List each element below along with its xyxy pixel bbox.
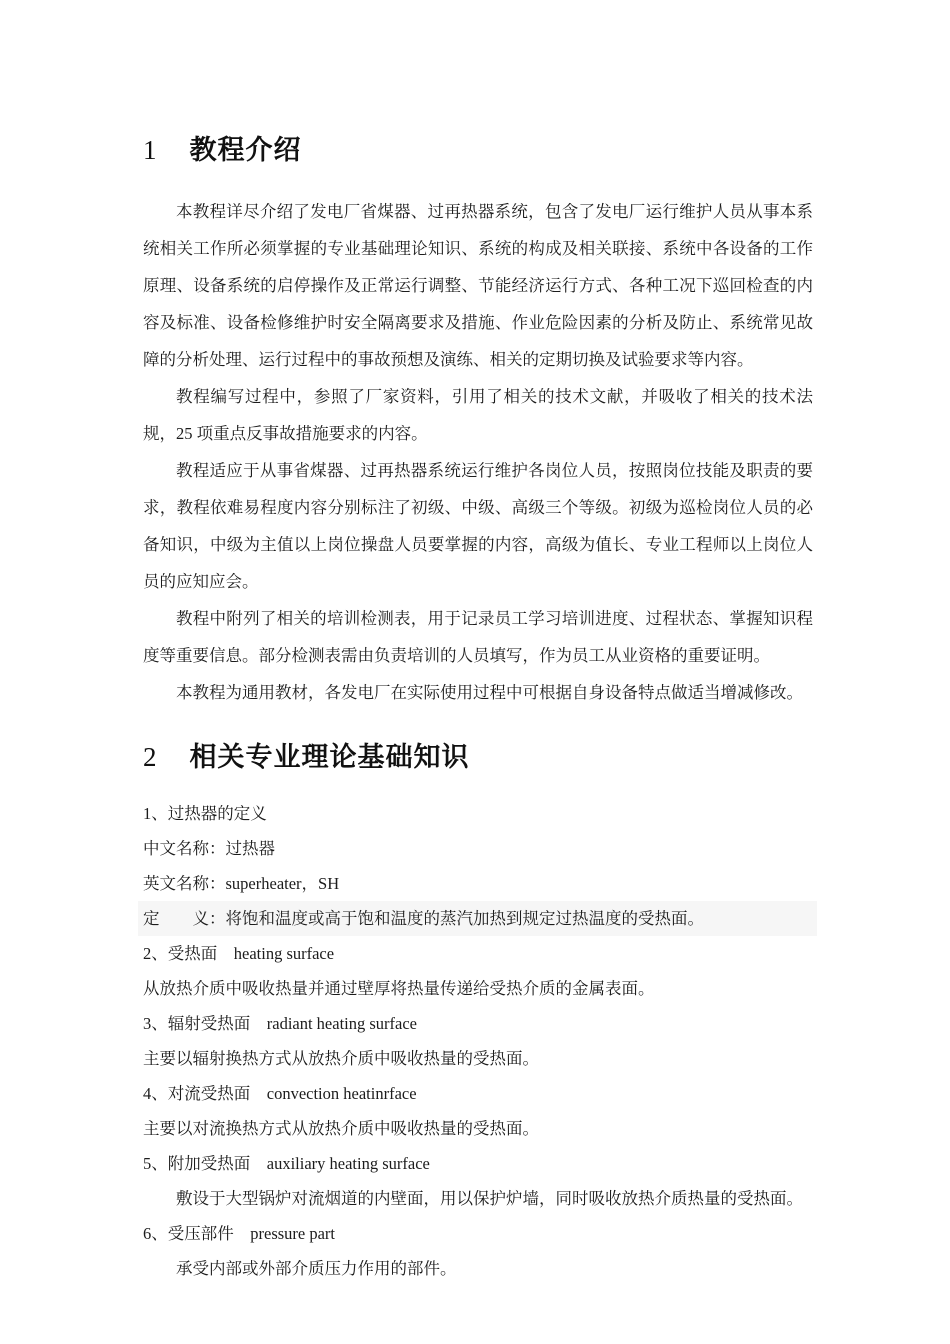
- definition-line: 4、对流受热面 convection heatinrface: [143, 1076, 813, 1111]
- definition-line: 6、受压部件 pressure part: [143, 1216, 813, 1251]
- definition-line: 主要以辐射换热方式从放热介质中吸收热量的受热面。: [143, 1041, 813, 1076]
- section2-number: 2: [143, 742, 158, 773]
- paragraph: 本教程详尽介绍了发电厂省煤器、过再热器系统，包含了发电厂运行维护人员从事本系统相…: [143, 193, 813, 378]
- definition-line: 英文名称：superheater，SH: [143, 866, 813, 901]
- definition-line: 承受内部或外部介质压力作用的部件。: [143, 1251, 813, 1286]
- definition-line: 敷设于大型锅炉对流烟道的内壁面，用以保护炉墙，同时吸收放热介质热量的受热面。: [143, 1181, 813, 1216]
- definition-line: 3、辐射受热面 radiant heating surface: [143, 1006, 813, 1041]
- section2-heading: 2 相关专业理论基础知识: [143, 735, 813, 774]
- document-page: 1 教程介绍 本教程详尽介绍了发电厂省煤器、过再热器系统，包含了发电厂运行维护人…: [0, 0, 950, 1344]
- document-content: 1 教程介绍 本教程详尽介绍了发电厂省煤器、过再热器系统，包含了发电厂运行维护人…: [143, 128, 813, 1286]
- paragraph: 教程中附列了相关的培训检测表，用于记录员工学习培训进度、过程状态、掌握知识程度等…: [143, 600, 813, 674]
- definition-list: 1、过热器的定义中文名称：过热器英文名称：superheater，SH定 义：将…: [143, 796, 813, 1286]
- definition-line: 中文名称：过热器: [143, 831, 813, 866]
- definition-line: 2、受热面 heating surface: [143, 936, 813, 971]
- definition-line: 主要以对流换热方式从放热介质中吸收热量的受热面。: [143, 1111, 813, 1146]
- definition-line-highlighted: 定 义：将饱和温度或高于饱和温度的蒸汽加热到规定过热温度的受热面。: [138, 901, 817, 936]
- paragraph: 教程适应于从事省煤器、过再热器系统运行维护各岗位人员，按照岗位技能及职责的要求，…: [143, 452, 813, 600]
- section2-title: 相关专业理论基础知识: [190, 735, 470, 774]
- paragraph: 教程编写过程中，参照了厂家资料，引用了相关的技术文献，并吸收了相关的技术法规，2…: [143, 378, 813, 452]
- definition-line: 5、附加受热面 auxiliary heating surface: [143, 1146, 813, 1181]
- section1-heading: 1 教程介绍: [143, 128, 813, 167]
- definition-line: 1、过热器的定义: [143, 796, 813, 831]
- section1-title: 教程介绍: [190, 128, 302, 167]
- section1-number: 1: [143, 135, 158, 166]
- paragraph: 本教程为通用教材，各发电厂在实际使用过程中可根据自身设备特点做适当增减修改。: [143, 674, 813, 711]
- intro-paragraphs: 本教程详尽介绍了发电厂省煤器、过再热器系统，包含了发电厂运行维护人员从事本系统相…: [143, 193, 813, 711]
- definition-line: 从放热介质中吸收热量并通过壁厚将热量传递给受热介质的金属表面。: [143, 971, 813, 1006]
